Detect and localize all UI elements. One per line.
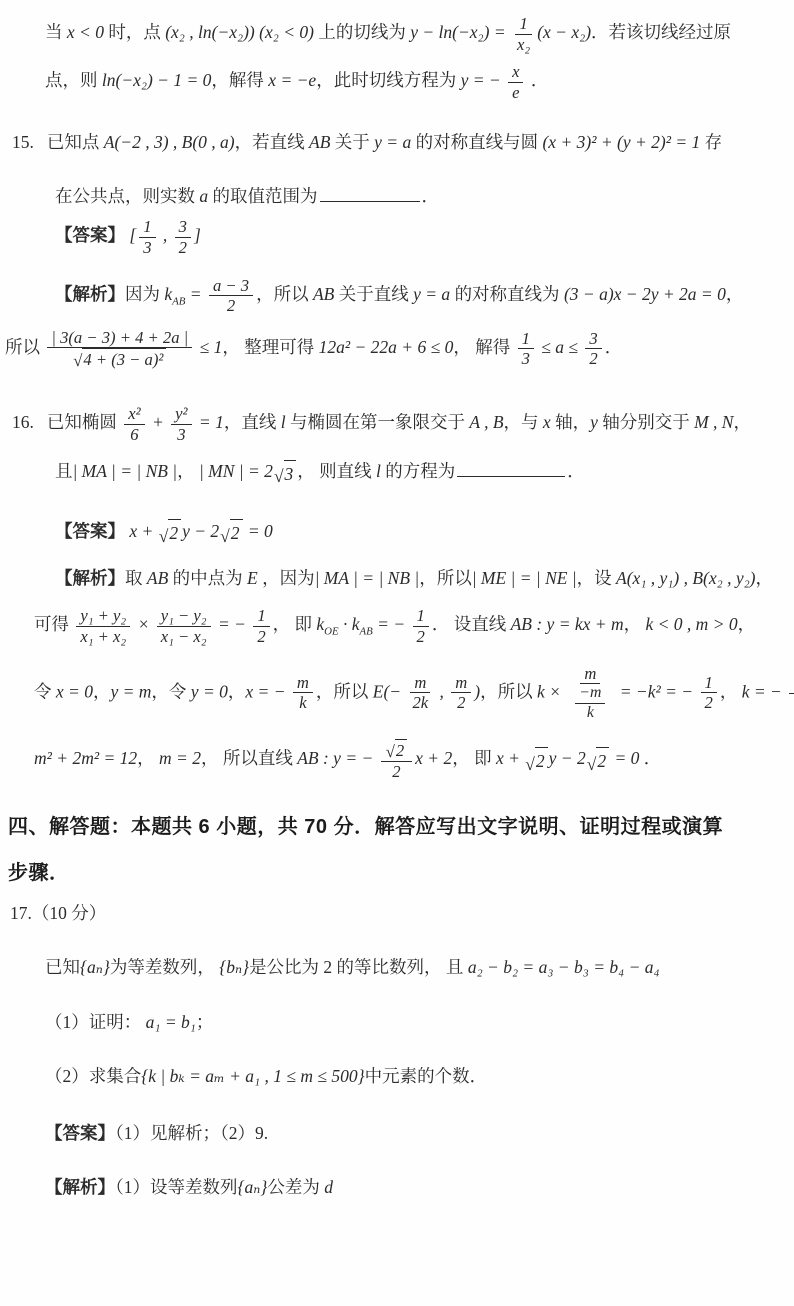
- fraction: 13: [518, 329, 534, 369]
- math-run: a: [199, 186, 208, 206]
- document-content: 当 x < 0 时，点 (x₂ , ln(−x₂)) (x₂ < 0) 上的切线…: [0, 14, 794, 1200]
- math-run: | ME | = | NE |: [472, 568, 577, 588]
- subscript: AB: [172, 295, 185, 307]
- math-run: x = 0: [56, 681, 93, 701]
- fraction-numerator: 3: [175, 217, 191, 238]
- fraction-numerator: y₁ − y₂: [157, 606, 211, 627]
- text-run: 中元素的个数．: [365, 1066, 488, 1086]
- radicand: 4 + (3 − a)²: [82, 348, 166, 370]
- fraction-numerator: −m: [575, 684, 605, 704]
- radical-sign: √: [587, 754, 597, 774]
- radical-sign: √: [386, 742, 395, 761]
- text-run: 是公比为 2 的等比数列， 且: [249, 957, 468, 977]
- subscript: AB: [360, 626, 373, 638]
- math-run: A(x₁ , y₁) , B(x₂ , y₂): [616, 568, 755, 588]
- text-run: ，: [93, 681, 111, 701]
- fraction: y₁ + y₂x₁ + x₂: [76, 606, 130, 646]
- text-run: ，此时切线方程为: [316, 70, 460, 90]
- text-run: ， 即: [273, 614, 317, 634]
- doc-line-15: 四、解答题：本题共 6 小题，共 70 分．解答应写出文字说明、证明过程或演算: [0, 813, 794, 841]
- fraction-numerator: y₁ + y₂: [76, 606, 130, 627]
- text-run: （1）证明：: [45, 1012, 146, 1032]
- text-run: （1）设等差数列: [115, 1177, 238, 1197]
- fraction-denominator: 3: [518, 349, 534, 369]
- fraction-denominator: 2: [701, 693, 717, 713]
- text-run: ，: [137, 748, 159, 768]
- text-run: ， 则直线: [297, 461, 376, 481]
- math-run: x < 0: [67, 22, 104, 42]
- text-run: ；: [196, 1012, 214, 1032]
- fraction: | 3(a − 3) + 4 + 2a |√4 + (3 − a)²: [47, 328, 192, 370]
- math-run: | MA | = | NB |: [315, 568, 420, 588]
- fraction-numerator: 1: [518, 329, 534, 350]
- math-run: y = 0: [191, 681, 228, 701]
- square-root: √2: [386, 739, 407, 761]
- fraction-denominator: 2: [175, 238, 191, 258]
- math-run: y − 2: [549, 748, 586, 768]
- text-run: 四、解答题：本题共 6 小题，共 70 分．解答应写出文字说明、证明过程或演算: [8, 816, 723, 838]
- radical-sign: √: [525, 754, 535, 774]
- math-run: y − ln(−x₂) =: [410, 22, 510, 42]
- fraction-denominator: 2: [453, 693, 469, 713]
- doc-line-9: 且| MA | = | NB |， | MN | = 2√3， 则直线 l 的方…: [0, 459, 794, 486]
- fraction: a − 32: [209, 276, 253, 316]
- math-run: y = −: [461, 70, 506, 90]
- math-run: 12a² − 22a + 6 ≤ 0: [319, 337, 454, 357]
- text-run: ，所以: [256, 284, 313, 304]
- text-run: ，解得: [211, 70, 268, 90]
- math-run: ×: [133, 614, 154, 634]
- radicand: 2: [230, 519, 243, 546]
- text-run: （1）见解析；（2）9.: [115, 1123, 268, 1143]
- math-run: AB: [309, 132, 330, 152]
- math-run: = 0: [244, 521, 273, 541]
- math-run: x = −e: [268, 70, 316, 90]
- text-run: 17.（10 分）: [10, 903, 106, 923]
- text-run: 的对称直线与圆: [411, 132, 542, 152]
- fraction-denominator: 2: [253, 627, 269, 647]
- doc-line-16: 步骤．: [0, 859, 794, 887]
- fraction: −mk: [575, 684, 605, 722]
- fraction-denominator: k: [583, 704, 598, 723]
- text-run: ．若该切线经过原: [591, 22, 731, 42]
- math-run: ,: [159, 226, 172, 246]
- text-run: ． 设直线: [432, 614, 511, 634]
- fraction: m2: [451, 673, 471, 713]
- math-run: | MN | = 2: [199, 461, 273, 481]
- radical-sign: √: [159, 526, 169, 546]
- fraction: m−mk: [568, 664, 612, 723]
- fraction: 32: [585, 329, 601, 369]
- text-run: ，: [720, 681, 742, 701]
- question-number: 16.: [12, 410, 34, 435]
- label-run: 【解析】: [45, 1177, 115, 1197]
- doc-line-1: 当 x < 0 时，点 (x₂ , ln(−x₂)) (x₂ < 0) 上的切线…: [0, 14, 794, 54]
- label-run: 【答案】: [45, 1123, 115, 1143]
- text-run: 的方程为: [381, 461, 455, 481]
- text-run: 令: [34, 681, 56, 701]
- math-run: M , N: [694, 412, 733, 432]
- math-run: y = m: [110, 681, 151, 701]
- fraction-denominator: −mk: [568, 684, 612, 722]
- fraction-numerator: m: [451, 673, 471, 694]
- doc-line-3: 15.已知点 A(−2 , 3) , B(0 , a)，若直线 AB 关于 y …: [0, 130, 794, 155]
- math-run: A , B: [469, 412, 503, 432]
- square-root: √2: [220, 519, 242, 546]
- doc-line-11: 【解析】取 AB 的中点为 E ，因为| MA | = | NB |，所以| M…: [0, 566, 794, 591]
- fraction: x²6: [124, 404, 144, 444]
- math-run: y = a: [374, 132, 411, 152]
- fraction-numerator: 1: [701, 673, 717, 694]
- fraction: y²3: [171, 404, 191, 444]
- math-run: = −k² = −: [615, 681, 697, 701]
- text-run: ，所以: [419, 568, 472, 588]
- fraction: xe: [508, 62, 523, 102]
- text-run: 为等差数列，: [110, 957, 219, 977]
- doc-line-7: 所以 | 3(a − 3) + 4 + 2a |√4 + (3 − a)² ≤ …: [0, 328, 794, 370]
- answer-blank: [320, 184, 420, 202]
- math-run: x + 2: [415, 748, 452, 768]
- math-run: = 1: [195, 412, 224, 432]
- math-run: {k | bₖ = aₘ + a₁ , 1 ≤ m ≤ 500}: [141, 1066, 364, 1086]
- fraction-numerator: 1: [139, 217, 155, 238]
- math-run: {aₙ}: [80, 957, 110, 977]
- fraction: mk: [293, 673, 313, 713]
- fraction: 13: [139, 217, 155, 257]
- fraction-denominator: 6: [126, 425, 142, 445]
- text-run: 在公共点，则实数: [55, 186, 199, 206]
- fraction-denominator: 2: [413, 627, 429, 647]
- radicand: 2: [596, 747, 609, 774]
- text-run: 时，点: [104, 22, 165, 42]
- label-run: 【解析】: [55, 568, 125, 588]
- fraction: 1x₂: [513, 14, 534, 54]
- doc-line-20: （2）求集合{k | bₖ = aₘ + a₁ , 1 ≤ m ≤ 500}中元…: [0, 1064, 794, 1089]
- question-number: 15.: [12, 130, 34, 155]
- fraction-numerator: a − 3: [209, 276, 253, 297]
- fraction-denominator: 2: [388, 762, 404, 782]
- math-run: x +: [125, 521, 158, 541]
- fraction-denominator: x₁ + x₂: [76, 627, 130, 647]
- math-run: a₂ − b₂ = a₃ − b₃ = b₄ − a₄: [468, 957, 660, 977]
- text-run: 关于直线: [334, 284, 413, 304]
- math-run: ≤ a ≤: [537, 337, 582, 357]
- fraction-numerator: x²: [124, 404, 144, 425]
- math-run: k = −: [742, 681, 787, 701]
- math-run: | MA | = | NB |: [73, 461, 178, 481]
- fraction-denominator: x₁ − x₂: [157, 627, 211, 647]
- text-run: 已知: [45, 957, 80, 977]
- document-page: 当 x < 0 时，点 (x₂ , ln(−x₂)) (x₂ < 0) 上的切线…: [0, 0, 794, 1306]
- text-run: 轴分别交于: [598, 412, 694, 432]
- math-run: ]: [194, 226, 201, 246]
- doc-line-12: 可得 y₁ + y₂x₁ + x₂ × y₁ − y₂x₁ − x₂ = − 1…: [0, 606, 794, 646]
- square-root: √2: [159, 519, 181, 546]
- math-run: m = 2: [159, 748, 201, 768]
- text-run: ．: [605, 337, 623, 357]
- math-run: ,: [435, 681, 448, 701]
- text-run: ， 整理可得: [222, 337, 318, 357]
- fraction-denominator: 3: [173, 425, 189, 445]
- text-run: ， 所以直线: [201, 748, 297, 768]
- text-run: 与椭圆在第一象限交于: [286, 412, 470, 432]
- radicand: 3: [284, 460, 297, 487]
- text-run: 取: [125, 568, 147, 588]
- math-run: = −: [373, 614, 410, 634]
- math-run: ln(−x₂) − 1 = 0: [102, 70, 212, 90]
- text-run: ．: [567, 461, 585, 481]
- text-run: ，设: [577, 568, 616, 588]
- text-run: 已知椭圆: [47, 412, 121, 432]
- subscripted-symbol: kAB: [164, 284, 185, 304]
- math-run: (3 − a)x − 2y + 2a = 0: [564, 284, 726, 304]
- doc-line-18: 已知{aₙ}为等差数列， {bₙ}是公比为 2 的等比数列， 且 a₂ − b₂…: [0, 955, 794, 980]
- fraction-numerator: m: [580, 664, 600, 685]
- square-root: √3: [274, 460, 296, 487]
- math-run: (x + 3)² + (y + 2)² = 1: [542, 132, 700, 152]
- fraction-numerator: 3: [585, 329, 601, 350]
- math-run: E: [247, 568, 258, 588]
- text-run: ，: [756, 568, 774, 588]
- text-run: 关于: [330, 132, 374, 152]
- doc-line-14: m² + 2m² = 12， m = 2， 所以直线 AB : y = − √2…: [0, 739, 794, 781]
- math-run: AB: [313, 284, 334, 304]
- text-run: ， 即: [452, 748, 496, 768]
- text-run: ，: [733, 412, 751, 432]
- math-run: {bₙ}: [219, 957, 249, 977]
- text-run: ，与: [504, 412, 543, 432]
- fraction: √22: [789, 672, 794, 714]
- text-run: 上的切线为: [314, 22, 410, 42]
- doc-line-5: 【答案】 [13 , 32]: [0, 217, 794, 257]
- text-run: 轴，: [551, 412, 590, 432]
- math-run: x = −: [245, 681, 290, 701]
- text-run: ，所以: [480, 681, 537, 701]
- text-run: 点，则: [45, 70, 102, 90]
- text-run: ，若直线: [235, 132, 309, 152]
- fraction-numerator: x: [508, 62, 523, 83]
- math-run: d: [324, 1177, 333, 1197]
- doc-line-2: 点，则 ln(−x₂) − 1 = 0，解得 x = −e，此时切线方程为 y …: [0, 62, 794, 102]
- text-run: ， 解得: [453, 337, 514, 357]
- math-run: k ×: [537, 681, 565, 701]
- fraction-denominator: x₂: [513, 35, 534, 55]
- text-run: 步骤．: [8, 862, 70, 884]
- math-run: = −: [214, 614, 251, 634]
- math-run: AB : y = kx + m: [511, 614, 624, 634]
- fraction-numerator: | 3(a − 3) + 4 + 2a |: [47, 328, 192, 349]
- doc-line-10: 【答案】 x + √2y − 2√2 = 0: [0, 519, 794, 546]
- square-root: √2: [525, 747, 547, 774]
- math-run: AB: [147, 568, 168, 588]
- doc-line-22: 【解析】（1）设等差数列{aₙ}公差为 d: [0, 1175, 794, 1200]
- fraction: 12: [413, 606, 429, 646]
- doc-line-6: 【解析】因为 kAB = a − 32，所以 AB 关于直线 y = a 的对称…: [0, 276, 794, 316]
- fraction-denominator: k: [295, 693, 310, 713]
- fraction: √22: [381, 739, 412, 781]
- math-run: ≤ 1: [195, 337, 222, 357]
- text-run: ，: [177, 461, 199, 481]
- text-run: ，令: [151, 681, 190, 701]
- text-run: ，因为: [258, 568, 315, 588]
- doc-line-8: 16.已知椭圆 x²6 + y²3 = 1，直线 l 与椭圆在第一象限交于 A …: [0, 404, 794, 444]
- text-run: ，: [726, 284, 744, 304]
- text-run: ，所以: [316, 681, 373, 701]
- radicand: 2: [395, 739, 407, 761]
- math-run: y − 2: [182, 521, 219, 541]
- fraction-numerator: √2: [789, 672, 794, 695]
- text-run: 所以: [5, 337, 44, 357]
- doc-line-4: 在公共点，则实数 a 的取值范围为．: [0, 184, 794, 209]
- radical-sign: √: [73, 351, 82, 370]
- text-run: 因为: [125, 284, 164, 304]
- text-run: 的取值范围为: [208, 186, 317, 206]
- fraction-numerator: 1: [253, 606, 269, 627]
- fraction-denominator: 2: [223, 296, 239, 316]
- label-run: 【解析】: [55, 284, 125, 304]
- math-run: = 0: [610, 748, 639, 768]
- fraction-numerator: m: [293, 673, 313, 694]
- math-run: (x₂ , ln(−x₂)) (x₂ < 0): [165, 22, 314, 42]
- text-run: 当: [45, 22, 67, 42]
- fraction: m2k: [408, 673, 432, 713]
- math-run: +: [148, 412, 169, 432]
- math-run: A(−2 , 3) , B(0 , a): [104, 132, 235, 152]
- text-run: 的对称直线为: [450, 284, 564, 304]
- fraction-numerator: 1: [515, 14, 531, 35]
- fraction-denominator: 3: [139, 238, 155, 258]
- text-run: 存: [700, 132, 722, 152]
- text-run: 且: [55, 461, 73, 481]
- math-run: [: [125, 226, 136, 246]
- math-run: AB : y = −: [297, 748, 377, 768]
- fraction-numerator: √2: [381, 739, 412, 762]
- radicand: 2: [535, 747, 548, 774]
- text-run: 已知点: [47, 132, 104, 152]
- doc-line-13: 令 x = 0，y = m，令 y = 0，x = − mk，所以 E(− m2…: [0, 664, 794, 723]
- math-run: y = a: [413, 284, 450, 304]
- square-root: √2: [587, 747, 609, 774]
- text-run: ，: [738, 614, 756, 634]
- fraction-numerator: 1: [413, 606, 429, 627]
- label-run: 【答案】: [55, 226, 125, 246]
- fraction-numerator: m: [410, 673, 430, 694]
- text-run: ，: [228, 681, 246, 701]
- fraction-denominator: e: [508, 83, 523, 103]
- radical-sign: √: [274, 466, 284, 486]
- text-run: 公差为: [267, 1177, 324, 1197]
- fraction: 12: [253, 606, 269, 646]
- math-run: ·: [339, 614, 352, 634]
- square-root: √4 + (3 − a)²: [73, 348, 166, 370]
- doc-line-21: 【答案】（1）见解析；（2）9.: [0, 1121, 794, 1146]
- radicand: 2: [168, 519, 181, 546]
- text-run: ．: [422, 186, 440, 206]
- math-run: (x − x₂): [537, 22, 591, 42]
- subscripted-symbol: kOE: [316, 614, 338, 634]
- fraction-denominator: 2: [585, 349, 601, 369]
- doc-line-19: （1）证明： a₁ = b₁；: [0, 1010, 794, 1035]
- doc-line-17: 17.（10 分）: [0, 901, 794, 926]
- math-run: m² + 2m² = 12: [34, 748, 137, 768]
- radical-sign: √: [220, 526, 230, 546]
- fraction: 32: [175, 217, 191, 257]
- subscript: OE: [324, 626, 338, 638]
- math-run: =: [185, 284, 206, 304]
- answer-blank: [457, 460, 565, 478]
- math-run: y: [590, 412, 598, 432]
- text-run: 可得: [34, 614, 73, 634]
- text-run: （2）求集合: [45, 1066, 141, 1086]
- math-run: E(−: [373, 681, 406, 701]
- subscripted-symbol: kAB: [352, 614, 373, 634]
- fraction-denominator: 2k: [408, 693, 432, 713]
- text-run: ．: [639, 748, 661, 768]
- math-run: x: [543, 412, 551, 432]
- fraction: y₁ − y₂x₁ − x₂: [157, 606, 211, 646]
- math-run: {aₙ}: [238, 1177, 268, 1197]
- text-run: 的中点为: [168, 568, 247, 588]
- fraction: 12: [701, 673, 717, 713]
- math-run: k < 0 , m > 0: [645, 614, 737, 634]
- fraction-denominator: √4 + (3 − a)²: [68, 348, 171, 370]
- math-run: x +: [496, 748, 524, 768]
- fraction-numerator: y²: [171, 404, 191, 425]
- text-run: ，直线: [224, 412, 281, 432]
- text-run: ，: [624, 614, 646, 634]
- math-run: a₁ = b₁: [146, 1012, 196, 1032]
- label-run: 【答案】: [55, 521, 125, 541]
- text-run: ．: [526, 70, 548, 90]
